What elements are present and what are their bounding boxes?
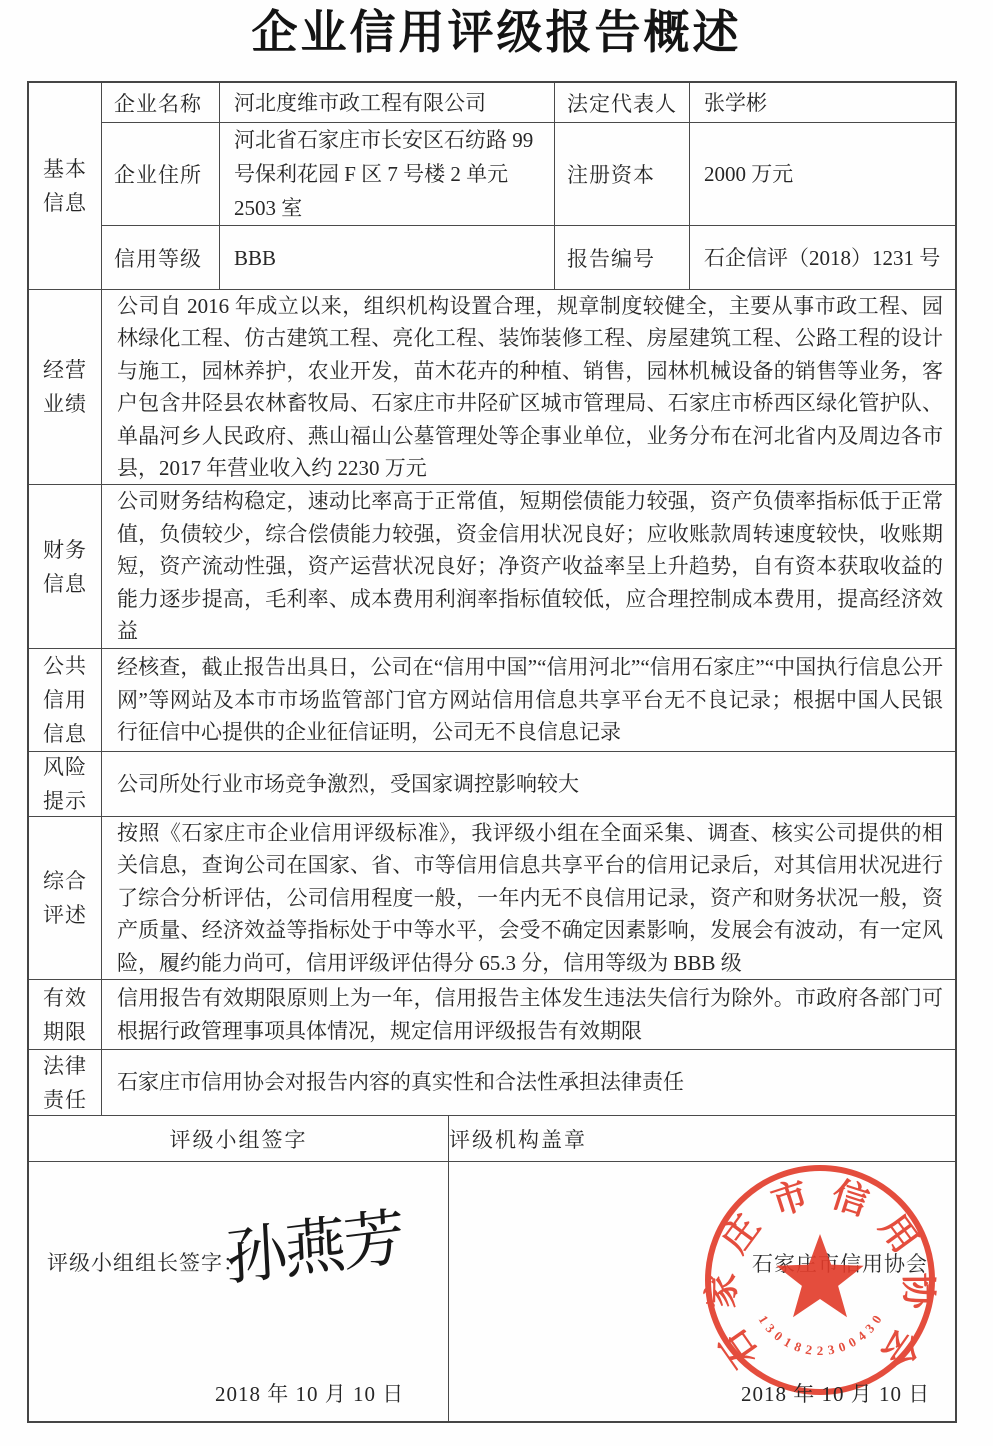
section-content: 按照《石家庄市企业信用评级标准》，我评级小组在全面采集、调查、核实公司提供的相关… [102,817,955,979]
field-value-company-name: 河北度维市政工程有限公司 [220,83,555,122]
signer-label: 评级小组组长签字： [47,1247,245,1277]
section-content: 公司财务结构稳定，速动比率高于正常值，短期偿债能力较强，资产负债率指标低于正常值… [102,485,955,648]
footer-header-row: 评级小组签字 评级机构盖章 [29,1116,955,1162]
page-title: 企业信用评级报告概述 [0,4,993,62]
field-value-report-number: 石企信评（2018）1231 号 [690,226,955,289]
basic-info-block: 基本信息 企业名称 河北度维市政工程有限公司 法定代表人 张学彬 企业住所 河北… [29,83,955,290]
section-label-business-performance: 经营业绩 [29,290,102,484]
section-validity-period: 有效期限 信用报告有效期限原则上为一年，信用报告主体发生违法失信行为除外。市政府… [29,980,955,1050]
section-label-comprehensive-review: 综合评述 [29,817,102,979]
svg-text:8: 8 [792,1339,804,1355]
svg-text:用: 用 [872,1207,926,1260]
section-label-basic-info: 基本信息 [29,83,102,289]
section-content: 经核查，截止报告出具日，公司在“信用中国”“信用河北”“信用石家庄”“中国执行信… [102,649,955,751]
section-text-validity-period: 信用报告有效期限原则上为一年，信用报告主体发生违法失信行为除外。市政府各部门可根… [102,982,955,1047]
rating-table: 基本信息 企业名称 河北度维市政工程有限公司 法定代表人 张学彬 企业住所 河北… [27,81,957,1423]
field-label-company-address: 企业住所 [102,123,220,225]
svg-text:0: 0 [836,1339,847,1355]
section-comprehensive-review: 综合评述 按照《石家庄市企业信用评级标准》，我评级小组在全面采集、调查、核实公司… [29,817,955,980]
handwritten-signature: 孙燕芳 [223,1187,403,1298]
svg-text:0: 0 [868,1312,884,1325]
official-stamp: 石家庄市信用协会 1301822300430 [700,1160,940,1400]
section-content: 石家庄市信用协会对报告内容的真实性和合法性承担法律责任 [102,1050,955,1115]
section-text-risk-warning: 公司所处行业市场竞争激烈，受国家调控影响较大 [102,768,955,801]
table-row: 企业名称 河北度维市政工程有限公司 法定代表人 张学彬 [102,83,955,123]
field-value-registered-capital: 2000 万元 [690,123,955,225]
svg-text:市: 市 [767,1174,814,1223]
footer-header-agency-seal: 评级机构盖章 [449,1116,587,1161]
section-label-text: 经营业绩 [41,353,89,421]
stamp-star-icon [776,1234,863,1317]
field-label-company-name: 企业名称 [102,83,220,122]
footer-signature-row: 评级小组组长签字： 孙燕芳 2018 年 10 月 10 日 石家庄市信用协会 … [29,1162,955,1421]
section-text-comprehensive-review: 按照《石家庄市企业信用评级标准》，我评级小组在全面采集、调查、核实公司提供的相关… [102,817,955,980]
field-value-legal-representative: 张学彬 [690,83,955,122]
section-label-risk-warning: 风险提示 [29,752,102,816]
table-row: 信用等级 BBB 报告编号 石企信评（2018）1231 号 [102,226,955,289]
left-date: 2018 年 10 月 10 日 [215,1378,404,1408]
section-label-text: 法律责任 [41,1049,89,1117]
svg-text:庄: 庄 [714,1207,768,1260]
basic-info-rows: 企业名称 河北度维市政工程有限公司 法定代表人 张学彬 企业住所 河北省石家庄市… [102,83,955,289]
svg-text:2: 2 [804,1342,813,1358]
section-business-performance: 经营业绩 公司自 2016 年成立以来，组织机构设置合理，规章制度较健全，主要从… [29,290,955,485]
section-label-text: 公共信用信息 [41,649,89,751]
section-label-text: 财务信息 [41,533,89,601]
section-label-text: 有效期限 [41,981,89,1049]
section-label-public-credit-info: 公共信用信息 [29,649,102,751]
section-label-validity-period: 有效期限 [29,980,102,1049]
svg-text:协: 协 [898,1273,938,1311]
signature-cell: 评级小组组长签字： 孙燕芳 2018 年 10 月 10 日 [29,1162,449,1421]
section-text-public-credit-info: 经核查，截止报告出具日，公司在“信用中国”“信用河北”“信用石家庄”“中国执行信… [102,651,955,749]
svg-text:2: 2 [817,1343,824,1358]
table-row: 企业住所 河北省石家庄市长安区石纺路 99 号保利花园 F 区 7 号楼 2 单… [102,123,955,226]
field-value-company-address: 河北省石家庄市长安区石纺路 99 号保利花园 F 区 7 号楼 2 单元 250… [220,123,555,225]
section-text-financial-info: 公司财务结构稳定，速动比率高于正常值，短期偿债能力较强，资产负债率指标低于正常值… [102,485,955,648]
section-label-legal-liability: 法律责任 [29,1050,102,1115]
section-text-business-performance: 公司自 2016 年成立以来，组织机构设置合理，规章制度较健全，主要从事市政工程… [102,290,955,485]
svg-text:信: 信 [827,1174,874,1223]
section-label-text: 综合评述 [41,864,89,932]
stamp-code-text: 1301822300430 [756,1312,885,1358]
section-label-text: 基本信息 [41,152,89,220]
section-content: 信用报告有效期限原则上为一年，信用报告主体发生违法失信行为除外。市政府各部门可根… [102,980,955,1049]
field-label-report-number: 报告编号 [555,226,690,289]
section-content: 公司自 2016 年成立以来，组织机构设置合理，规章制度较健全，主要从事市政工程… [102,290,955,484]
section-financial-info: 财务信息 公司财务结构稳定，速动比率高于正常值，短期偿债能力较强，资产负债率指标… [29,485,955,649]
field-label-registered-capital: 注册资本 [555,123,690,225]
field-label-credit-grade: 信用等级 [102,226,220,289]
svg-text:3: 3 [827,1342,836,1358]
svg-text:家: 家 [702,1273,742,1310]
section-label-text: 风险提示 [41,750,89,818]
footer-header-team-signature: 评级小组签字 [29,1116,449,1161]
section-label-financial-info: 财务信息 [29,485,102,648]
section-risk-warning: 风险提示 公司所处行业市场竞争激烈，受国家调控影响较大 [29,752,955,817]
right-date: 2018 年 10 月 10 日 [741,1378,930,1408]
svg-text:1: 1 [781,1334,794,1350]
document-page: 企业信用评级报告概述 基本信息 企业名称 河北度维市政工程有限公司 法定代表人 … [0,0,993,1446]
field-label-legal-representative: 法定代表人 [555,83,690,122]
field-value-credit-grade: BBB [220,226,555,289]
section-legal-liability: 法律责任 石家庄市信用协会对报告内容的真实性和合法性承担法律责任 [29,1050,955,1116]
section-text-legal-liability: 石家庄市信用协会对报告内容的真实性和合法性承担法律责任 [102,1066,955,1099]
section-public-credit-info: 公共信用信息 经核查，截止报告出具日，公司在“信用中国”“信用河北”“信用石家庄… [29,649,955,752]
section-content: 公司所处行业市场竞争激烈，受国家调控影响较大 [102,752,955,816]
